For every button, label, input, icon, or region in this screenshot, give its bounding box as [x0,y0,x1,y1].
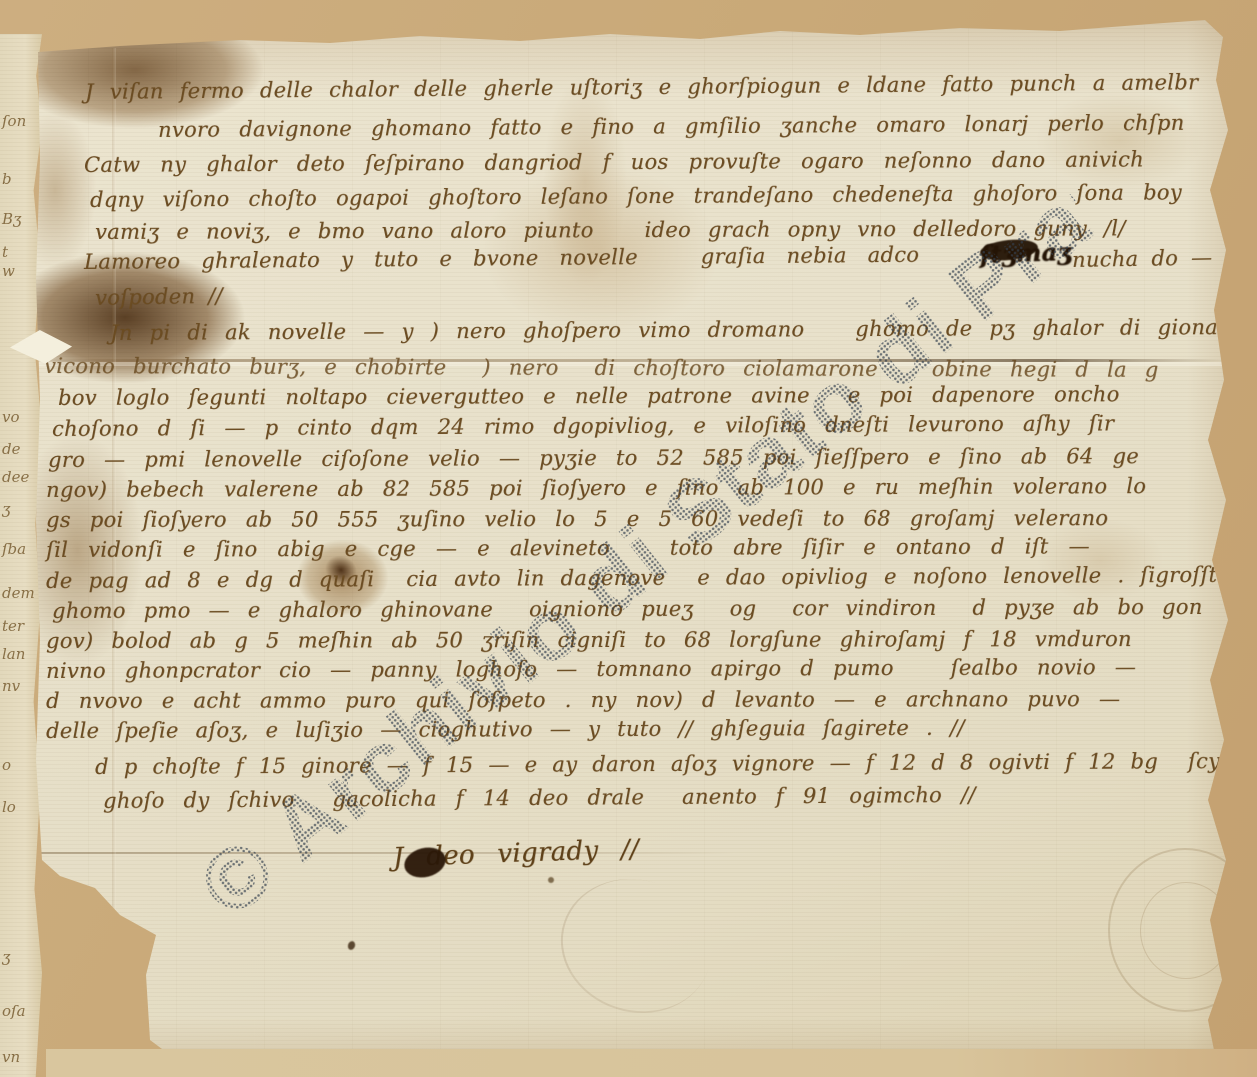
bottom-sheet-edge [46,1049,1257,1077]
manuscript-line: bov loglo ſegunti noltapo cievergutteo e… [58,384,1120,409]
margin-fragment: de [2,440,20,458]
margin-fragment: oſa [2,1002,26,1020]
margin-fragment: ſon [2,112,26,130]
manuscript-line: ghoſo dy ſchivo gacolicha f 14 deo drale… [103,785,976,812]
adjacent-folio-strip: ſonbBʒtwvodedeeʒſbademterlannvoloʒoſavn [0,34,42,1077]
manuscript-line: gs poi ſioſyero ab 50 555 ʒuſino velio l… [46,508,1108,531]
margin-fragment: dee [2,468,29,486]
ink-blot [548,877,554,883]
manuscript-line: J viſan fermo delle chalor delle gherle … [85,72,1199,103]
manuscript-line: vicono burchato burʒ, e chobirte ) nero … [44,356,1159,381]
margin-fragment: ʒ [2,948,10,966]
letter-sheet: J viſan fermo delle chalor delle gherle … [0,0,1257,1077]
margin-fragment: w [2,262,15,280]
manuscript-line: dqny viſono choſto ogapoi ghoſtoro leſan… [90,182,1182,211]
margin-fragment: ʒ [2,500,10,518]
paper-watermark-circle-inner [1140,882,1232,979]
manuscript-line: de pag ad 8 e dg d quaſi cia avto lin da… [46,565,1217,592]
manuscript-line: ngov) bebech valerene ab 82 585 poi ſioſ… [46,476,1146,501]
ink-blot [347,940,357,951]
manuscript-line: gov) bolod ab g 5 meſhin ab 50 ʒriſin ci… [46,629,1132,652]
manuscript-scan: ſonbBʒtwvodedeeʒſbademterlannvoloʒoſavn … [0,0,1257,1077]
margin-fragment: ſba [2,540,26,558]
margin-fragment: Bʒ [2,210,22,228]
margin-fragment: lan [2,645,25,663]
manuscript-line: vamiʒ e noviʒ, e bmo vano aloro piunto i… [95,218,1126,243]
margin-fragment: nv [2,677,20,695]
manuscript-line: nivno ghonpcrator cio — panny loghoſo — … [46,657,1136,682]
manuscript-line: choſono d ſi — p cinto dqm 24 rimo dgopi… [52,413,1114,440]
manuscript-line: delle ſpeſie aſoʒ, e luſiʒio — cioghutiv… [46,718,965,742]
margin-fragment: b [2,170,12,188]
manuscript-line: ghomo pmo — e ghaloro ghinovane oigniono… [52,597,1203,622]
manuscript-line: d p choſte f 15 ginore — f 15 — e ay dar… [95,751,1257,778]
margin-fragment: vo [2,408,20,426]
margin-fragment: o [2,756,11,774]
manuscript-line: gro — pmi lenovelle ciſoſone velio — pyʒ… [48,446,1139,471]
manuscript-line: nvoro davignone ghomano fatto e fino a g… [158,113,1185,141]
manuscript-line: ſil vidonſi e ſino abig e cge — e alevin… [46,536,1090,561]
manuscript-line: nucha do — [1072,248,1213,271]
manuscript-line: Lamoreo ghralenato y tuto e bvone novell… [84,245,919,273]
manuscript-line: Jn pi di ak novelle — y ) nero ghoſpero … [110,317,1257,344]
margin-fragment: dem [2,584,35,602]
manuscript-line: voſpoden // [95,286,223,309]
margin-fragment: vn [2,1048,20,1066]
margin-fragment: t [2,243,8,261]
margin-fragment: lo [2,798,16,816]
margin-fragment: ter [2,617,24,635]
manuscript-line: Catw ny ghalor deto ſeſpirano dangriod f… [84,149,1144,176]
manuscript-line: d nvovo e acht ammo puro qui ſoſpeto . n… [46,689,1120,712]
show-through-flourish [543,860,728,1033]
